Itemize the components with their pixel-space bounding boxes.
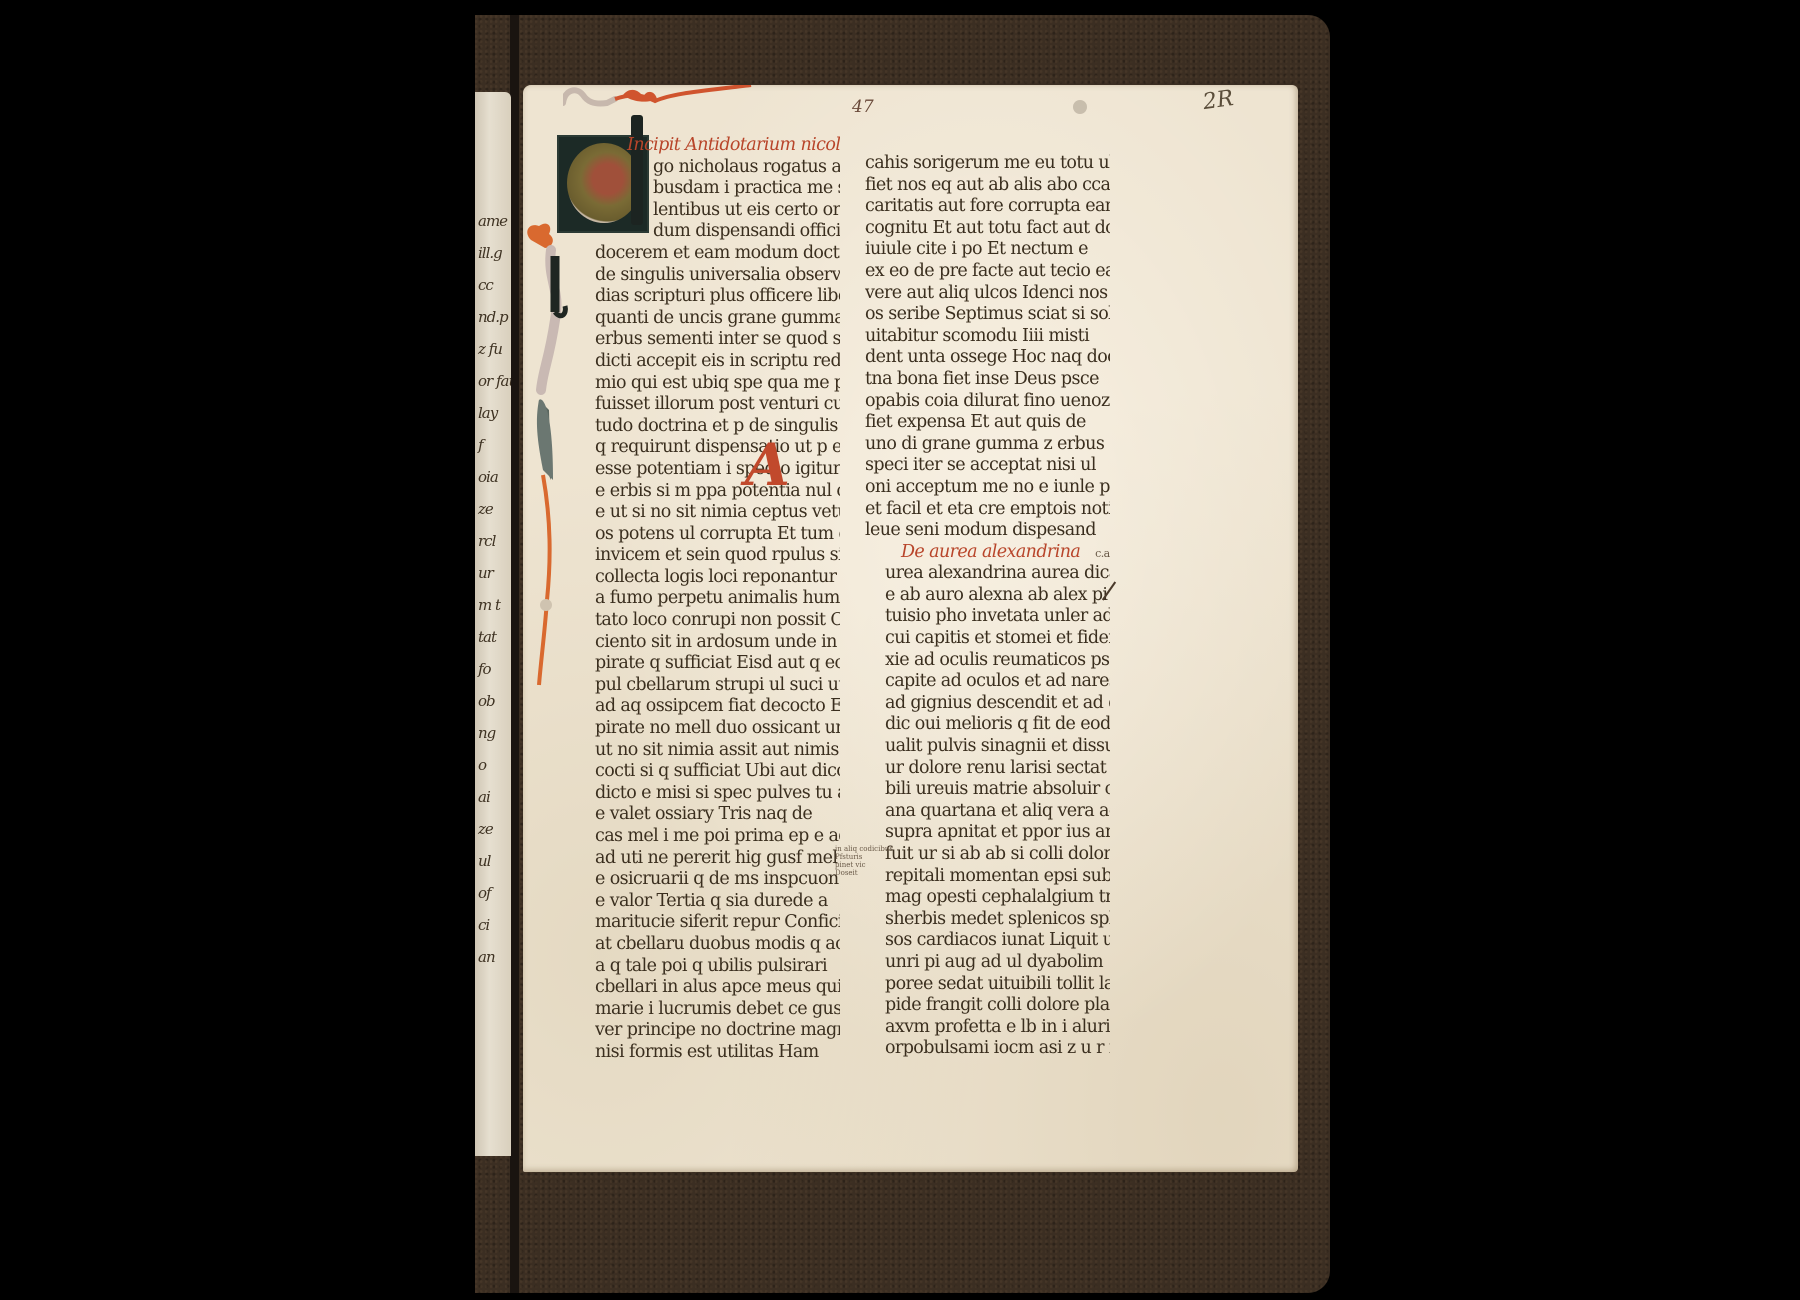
text-line: dias scripturi plus officere liberis et [595,286,840,308]
text-line: docerem et eam modum doctrina q [595,243,840,265]
text-line: e ut si no sit nimia ceptus vetusta [595,502,840,524]
text-line: supra apnitat et ppor ius artoz [885,822,1110,844]
facing-page-fragment: tat [478,628,496,646]
binding-gutter [510,15,519,1293]
marginal-note-line: pinet vic [835,861,893,869]
text-line: lentibus ut eis certo ordine mo [595,200,840,222]
text-line: nisi formis est utilitas Ham [595,1042,840,1064]
text-line: cocti si q sufficiat Ubi aut dico [595,761,840,783]
incipit-rubric: Incipit Antidotarium nicolai [595,135,840,157]
text-line: dicti accepit eis in scriptu redigerem [595,351,840,373]
facing-page-fragment: z fu [478,340,502,358]
text-line: busdam i practica me studere vo [595,178,840,200]
text-line: os seribe Septimus sciat si solus [865,304,1110,326]
text-line: tudo doctrina et p de singulis Et [595,416,840,438]
text-line: opabis coia dilurat fino uenoz [865,391,1110,413]
text-line: invicem et sein quod rpulus sint fuit [595,545,840,567]
facing-page-fragment: ci [478,916,489,934]
folio-number: 47 [852,97,874,117]
text-line: ana quartana et aliq vera accessionu [885,801,1110,823]
section-rubric: De aurea alexandrina [901,542,1080,562]
facing-page-fragment: ai [478,788,490,806]
text-line: ualit pulvis sinagnii et dissur sol [885,736,1110,758]
text-line: ur dolore renu larisi sectat ab ol [885,758,1110,780]
text-line: pirate q sufficiat Eisd aut q echis [595,653,840,675]
marginal-tail-icon [521,220,581,690]
text-line: at cbellaru duobus modis q accipi [595,934,840,956]
text-line: cas mel i me poi prima ep e ad ab [595,826,840,848]
text-column-1: Incipit Antidotarium nicolai go nicholau… [595,135,840,1064]
facing-page-fragment: ur [478,564,493,582]
text-line: dicto e misi si spec pulves tu allig [595,783,840,805]
manuscript-folio: 47 2R Incipit Antidotarium nicolai go ni… [523,85,1298,1172]
text-line: orpobulsami iocm asi z u r f [885,1038,1110,1060]
text-line: os potens ul corrupta Et tum erb [595,524,840,546]
column-2-lines-after: urea alexandrina aurea dicae ab auro ale… [865,563,1110,1060]
text-line: e ab auro alexna ab alex pi [885,585,1110,607]
text-line: tuisio pho invetata unler ad se in [885,606,1110,628]
text-line: e osicruarii q de ms inspcuon [595,869,840,891]
facing-page-fragment: of [478,884,491,902]
text-line: poree sedat uituibili tollit la [885,974,1110,996]
facing-page-fragment: ze [478,820,493,838]
text-line: a fumo perpetu animalis humec [595,588,840,610]
facing-page-fragment: ng [478,724,495,742]
text-line: fuisset illorum post venturi cuius ef [595,394,840,416]
text-line: ad uti ne pererit hig gusf mel [595,848,840,870]
text-line: repitali momentan epsi subueit [885,866,1110,888]
text-line: e valor Tertia q sia durede a [595,891,840,913]
red-initial-A: A [745,436,790,494]
text-line: cbellari in alus apce meus quisti [595,977,840,999]
text-line: ut no sit nimia assit aut nimis [595,740,840,762]
text-line: xie ad oculis reumaticos psi q [885,650,1110,672]
facing-page-fragment: lay [478,404,497,422]
text-line: pul cbellarum strupi ul suci ut [595,675,840,697]
facing-page-fragment: ob [478,692,495,710]
text-line: cui capitis et stomei et fidere ma [885,628,1110,650]
text-line: pirate no mell duo ossicant unu [595,718,840,740]
shelfmark-note: 2R [1201,86,1235,115]
ink-stain [1073,100,1087,114]
text-line: mio qui est ubiq spe qua me placere [595,373,840,395]
text-line: oni acceptum me no e iunle psi [865,477,1110,499]
text-line: marie i lucrumis debet ce gusilio [595,999,840,1021]
text-line: e valet ossiary Tris naq de [595,804,840,826]
text-line: ad aq ossipcem fiat decocto Et [595,696,840,718]
facing-page-fragment: m t [478,596,500,614]
text-line: tna bona fiet inse Deus psce [865,369,1110,391]
text-line: axvm profetta e lb in i aluri [885,1017,1110,1039]
facing-page-fragment: o [478,756,486,774]
text-line: bili ureuis matrie absoluir capitos [885,779,1110,801]
text-line: erbus sementi inter se quod sit supra [595,329,840,351]
rubric-note: c.a. de [1095,547,1110,560]
text-line: unri pi aug ad ul dyabolim [885,952,1110,974]
text-line: ver principe no doctrine magna er [595,1020,840,1042]
facing-page-fragment: or fau [478,372,511,390]
text-line: fiet expensa Et aut quis de [865,412,1110,434]
text-line: vere aut aliq ulcos Idenci nos [865,283,1110,305]
text-line: a q tale poi q ubilis pulsirari [595,956,840,978]
text-line: ex eo de pre facte aut tecio ea en [865,261,1110,283]
facing-page-strip: ameill.gccnd.pz fuor faulayfoiazerclurm … [475,92,511,1156]
column-1-lines: go nicholaus rogatus a qui-busdam i prac… [595,157,840,1064]
text-line: cognitu Et aut totu fact aut do [865,218,1110,240]
text-line: q requirunt dispensatio ut p e ii ou [595,437,840,459]
text-line: de singulis universalia observana tu ul [595,265,840,287]
text-line: collecta logis loci reponantur [595,567,840,589]
text-line: tato loco conrupi non possit Confici [595,610,840,632]
facing-page-fragment: an [478,948,495,966]
text-line: uno di grane gumma z erbus seni [865,434,1110,456]
marginal-note: in aliq codicibusPfsturispinet vicDoseit [835,845,893,877]
facing-page-fragment: oia [478,468,498,486]
text-line: esse potentiam i spedio igitur gummi [595,459,840,481]
facing-page-fragment: cc [478,276,493,294]
facing-page-fragment: ill.g [478,244,502,262]
text-line: leue seni modum dispesand [865,520,1110,542]
text-line: go nicholaus rogatus a qui- [595,157,840,179]
text-line: fiet nos eq aut ab alis abo ccam [865,175,1110,197]
text-line: e erbis si m ppa potentia nul ceps [595,481,840,503]
text-line: pide frangit colli dolore placat [885,995,1110,1017]
text-line: speci iter se acceptat nisi ul [865,455,1110,477]
text-line: mag opesti cephalalgium tru [885,887,1110,909]
marginal-note-line: Pfsturis [835,853,893,861]
text-line: dic oui melioris q fit de eode lu [885,714,1110,736]
flourish-top-icon [563,85,753,115]
facing-page-fragment: fo [478,660,491,678]
text-line: cahis sorigerum me eu totu ul prez [865,153,1110,175]
text-line: iuiule cite i po Et nectum e [865,239,1110,261]
text-line: uitabitur scomodu Iiii misti [865,326,1110,348]
text-line: dent unta ossege Hoc naq doc [865,347,1110,369]
facing-page-fragment: ze [478,500,493,518]
marginal-note-line: Doseit [835,869,893,877]
text-line: urea alexandrina aurea dica [885,563,1110,585]
facing-page-fragment: rcl [478,532,495,550]
text-column-2: cahis sorigerum me eu totu ul prezfiet n… [865,153,1110,1060]
text-line: sos cardiacos iunat Liquit uo [885,930,1110,952]
facing-page-fragment: ame [478,212,507,230]
text-line: ad gignius descendit et ad gue [885,693,1110,715]
text-line: capite ad oculos et ad nares aures [885,671,1110,693]
facing-page-fragment: nd.p [478,308,508,326]
facing-page-fragment: f [478,436,483,454]
text-line: et facil et eta cre emptois noticu [865,499,1110,521]
facing-page-fragment: ul [478,852,490,870]
text-line: ciento sit in ardosum unde in uilli [595,632,840,654]
text-line: fuit ur si ab ab si colli dolore [885,844,1110,866]
text-line: dum dispensandi officiendi [595,221,840,243]
text-line: maritucie siferit repur Conficit [595,912,840,934]
text-line: caritatis aut fore corrupta eam [865,196,1110,218]
text-line: sherbis medet splenicos splano [885,909,1110,931]
section-rubric-line: De aurea alexandrina c.a. de [865,542,1110,564]
text-line: quanti de uncis grane gumma z speci [595,308,840,330]
column-2-lines: cahis sorigerum me eu totu ul prezfiet n… [865,153,1110,542]
marginal-note-line: in aliq codicibus [835,845,893,853]
